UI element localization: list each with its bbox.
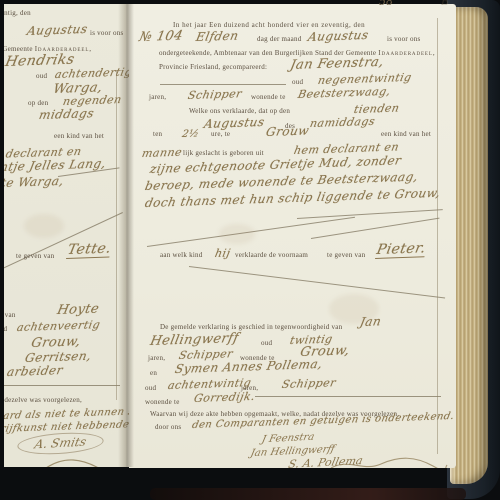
record-number-value: № 104: [138, 29, 184, 44]
printed-text: door ons: [155, 424, 181, 431]
municipality-name: Idaarderadeel,: [378, 49, 435, 57]
printed-te-geven-van: te geven van: [327, 251, 365, 259]
witness2-age-value: achtentwintig: [167, 377, 252, 391]
printed-fragment: op den: [28, 99, 48, 107]
month-value: Augustus: [307, 29, 370, 43]
handwritten-month: Augustus: [26, 23, 86, 39]
printed-text: wonende te: [145, 399, 180, 406]
handwritten-daypart: middags: [38, 107, 92, 123]
printed-closing-fragment: , welke, nadat dezelve was voorgelezen,: [4, 396, 82, 404]
birth-hour-value: 2½: [181, 129, 200, 140]
signature-flourish: [4, 456, 118, 467]
birth-month-value: Augustus: [203, 116, 266, 130]
printed-text: jaren,: [149, 94, 166, 101]
handwritten-child-name: Tette.: [66, 242, 109, 259]
printed-ure-te: ure, te: [211, 130, 230, 138]
printed-oud: oud: [145, 384, 156, 392]
printed-registrar-line: ondergeteekende, Ambtenaar van den Burge…: [159, 50, 435, 57]
printed-text: dag der maand: [257, 36, 301, 43]
printed-is-voor-ons: is voor ons: [387, 35, 420, 43]
printed-text: oud: [36, 73, 47, 80]
printed-fragment: De gemelde verklaring is geschied in teg…: [160, 323, 342, 331]
printed-text: lijk geslacht is geboren uit: [183, 150, 264, 157]
printed-text: oud: [292, 79, 303, 86]
printed-declaration-line: Welke ons verklaarde, dat op den: [189, 108, 290, 115]
handwritten-witness-name: Hoyte: [56, 302, 97, 318]
daypart-value: namiddags: [309, 116, 376, 129]
printed-door-ons: door ons: [155, 423, 181, 431]
printed-oud: oud: [36, 72, 47, 80]
printed-text: ten: [153, 131, 162, 138]
printed-text: is voor ons: [387, 36, 420, 43]
printed-oud: oud: [4, 325, 7, 333]
form-border-line: [437, 18, 438, 454]
left-page: acht honderd vier en zeventig, den Augus…: [4, 4, 129, 467]
handwritten-birth-hour: 2½: [181, 125, 198, 141]
printed-fragment: te geven van: [16, 252, 54, 260]
printed-year-line: In het jaar Een duizend acht honderd vie…: [173, 22, 365, 29]
form-rule: [4, 385, 120, 386]
handwritten-child-name: Pieter.: [375, 242, 424, 259]
sex-value: manne: [141, 147, 183, 159]
printed-text: te geven van: [16, 253, 54, 260]
official-signature-flourish: [329, 456, 449, 468]
blank-fill-line: [255, 396, 441, 397]
printed-text: ure, te: [211, 131, 230, 138]
printed-aan-welk-kind: aan welk kind: [160, 251, 203, 259]
handwritten-day: Elfden: [195, 29, 237, 45]
handwritten-witness2-occupation: arbeider: [6, 364, 61, 380]
father-age-value: negenentwintig: [317, 72, 413, 86]
printed-year-text: In het jaar Een duizend acht honderd vie…: [173, 21, 365, 29]
residence-fragment: te Warga,: [4, 175, 65, 189]
paper-stain: [219, 224, 255, 244]
witness2-occupation-value: arbeider: [6, 364, 64, 378]
page-number-value: 58: [379, 0, 393, 8]
printed-text: oud: [261, 340, 272, 347]
printed-oud: oud: [292, 78, 303, 86]
printed-dag-der-maand: dag der maand: [257, 35, 301, 43]
printed-fragment: lijken Stand der Gemeente: [4, 45, 33, 53]
handwritten-sex: manne: [141, 145, 181, 161]
child-name-value: Tette.: [66, 242, 112, 259]
paper-stain: [329, 294, 379, 324]
printed-jaren: jaren,: [148, 354, 165, 362]
printed-wonende-te: wonende te: [145, 398, 180, 406]
printed-text: verklaarde de voornaam: [235, 252, 308, 259]
birth-place-value: Grouw: [265, 125, 310, 138]
printed-jaren: jaren,: [149, 93, 166, 101]
handwritten-witness2-residence: Gorredijk.: [193, 390, 254, 406]
handwritten-father-residence: Beetsterzwaag,: [297, 86, 389, 102]
printed-en: en: [150, 369, 157, 377]
printed-text: en: [150, 370, 157, 377]
child-name-value: Pieter.: [375, 241, 427, 259]
blank-fill-line: [160, 84, 286, 85]
corner-mark: B: [441, 0, 449, 8]
daypart-value: middags: [38, 107, 95, 121]
printed-text: jaren,: [148, 355, 165, 362]
book-cover-bottom-edge: [150, 488, 466, 500]
printed-text: op den: [28, 100, 48, 107]
witness1-occupation-value: Schipper: [178, 348, 234, 361]
printed-year-fragment: acht honderd vier en zeventig, den: [4, 9, 31, 17]
handwritten-closing: den Comparanten en getuigen is onderteek…: [191, 416, 451, 432]
record-number: № 104: [138, 29, 181, 45]
witness2-residence-value: Gorredijk.: [193, 391, 256, 404]
father-occupation-value: Schipper: [187, 88, 243, 101]
signature-value: A. Smits: [15, 431, 105, 456]
printed-text: te geven van: [327, 252, 365, 259]
printed-text: aan welk kind: [160, 252, 203, 259]
printed-text: oud: [145, 385, 156, 392]
handwritten-father-occupation: Schipper: [187, 87, 240, 103]
witness-name-value: Hoyte: [56, 303, 100, 317]
month-value: Augustus: [26, 23, 89, 37]
printed-witnesses-line: De gemelde verklaring is geschied in teg…: [160, 324, 342, 331]
printed-fragment: een kind van het: [54, 132, 104, 140]
printed-fragment: verklaarde de voornaam: [235, 251, 308, 259]
pronoun-value: hij: [214, 247, 231, 259]
printed-oud: oud: [261, 339, 272, 347]
corner-mark-value: B: [441, 0, 449, 8]
printed-text: een kind van het: [54, 133, 104, 140]
father-name-value: Jan Feenstra,: [289, 56, 385, 72]
form-border-line: [116, 70, 117, 400]
printed-fragment: Provincie Friesland, gecompareerd:: [159, 63, 267, 71]
witness-residence-value: Grouw,: [30, 335, 82, 350]
printed-text: wonende te: [251, 94, 286, 101]
handwritten-father-name: Jan Feenstra,: [289, 57, 382, 73]
witness-age-value: achtenveertig: [16, 319, 101, 333]
printed-province-line: Provincie Friesland, gecompareerd:: [159, 64, 267, 71]
witness2-occupation-value: Schipper: [281, 377, 337, 390]
right-page: In het jaar Een duizend acht honderd vie…: [129, 4, 456, 468]
handwritten-witness2-name: Symen Annes Pollema,: [174, 361, 320, 377]
register-book-scan: acht honderd vier en zeventig, den Augus…: [0, 0, 500, 500]
handwritten-daypart: namiddags: [309, 115, 374, 131]
printed-ten: ten: [153, 130, 162, 138]
day-value: Elfden: [195, 30, 240, 43]
handwritten-birth-place: Grouw: [265, 124, 308, 140]
printed-wonende-te: wonende te: [251, 93, 286, 101]
handwritten-month: Augustus: [307, 29, 367, 45]
handwritten-residence-line: te Warga,: [4, 175, 62, 191]
handwritten-witness-age: achtenveertig: [16, 319, 99, 335]
printed-text: een kind van het: [381, 131, 431, 138]
book-gutter-shadow: [118, 4, 134, 467]
birth-day-value: negenden: [62, 94, 123, 107]
handwritten-mother-line: doch thans met hun schip liggende te Gro…: [144, 195, 437, 211]
witness2-name-value: Gerritsen,: [24, 350, 92, 364]
pen-strike-line: [189, 266, 445, 298]
printed-fragment: een kind van het: [381, 130, 431, 138]
printed-text: digheid van: [4, 312, 16, 319]
birth-day-value: tienden: [353, 102, 400, 115]
printed-fragment: lijk geslacht is geboren uit: [183, 149, 264, 157]
printed-fragment: Welke ons verklaarde, dat op den: [189, 107, 290, 115]
witness1-last-value: Hellingwerff: [149, 332, 240, 348]
printed-fragment: digheid van: [4, 311, 16, 319]
printed-text: , welke, nadat dezelve was voorgelezen,: [4, 397, 82, 404]
printed-text: acht honderd vier en zeventig, den: [4, 10, 31, 17]
paper-stain: [24, 214, 64, 238]
signature-witness: A. Smits: [18, 433, 103, 454]
witness2-name-value: Symen Annes Pollema,: [174, 358, 324, 375]
father-residence-value: Beetsterzwaag,: [297, 86, 392, 100]
page-number: 58: [379, 0, 393, 8]
handwritten-witness2-occupation: Schipper: [281, 376, 334, 392]
printed-text: oud: [4, 326, 7, 333]
handwritten-declarant-pronoun: hij: [214, 245, 229, 261]
